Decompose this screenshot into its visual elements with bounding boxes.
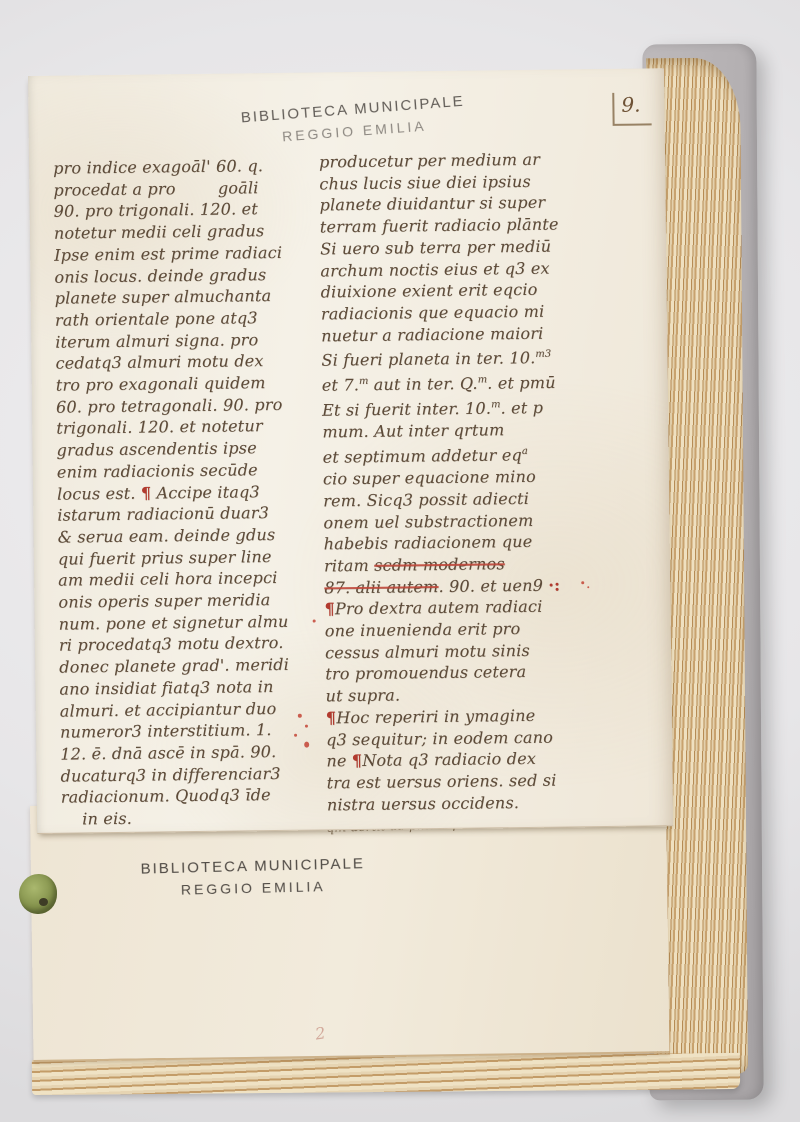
- pencil-mark: 2: [314, 1023, 327, 1043]
- green-wax-stain: [19, 874, 57, 914]
- manuscript-line: Ipse enim est prime radiaci: [54, 241, 318, 266]
- manuscript-line: 60. pro tetragonali. 90. pro: [56, 393, 320, 418]
- ink-splatter-dot: [305, 725, 308, 728]
- ink-splatter-dot: [313, 620, 316, 623]
- library-stamp-top: BIBLIOTECA MUNICIPALE REGGIO EMILIA: [227, 89, 480, 153]
- manuscript-page: BIBLIOTECA MUNICIPALE REGGIO EMILIA 9. p…: [28, 68, 673, 834]
- ink-splatter-dot: [298, 714, 302, 718]
- underlying-folio: qm uertit ad pmū alptū iam BIBLIOTECA MU…: [30, 797, 670, 1062]
- library-stamp-bottom: BIBLIOTECA MUNICIPALE REGGIO EMILIA: [123, 852, 384, 903]
- manuscript-line: Si fueri planeta in ter. 10.m3: [321, 343, 637, 372]
- text-column-left: pro indice exagoāl' 60. q.procedat a pro…: [53, 154, 325, 830]
- ink-splatter-dot: [304, 742, 309, 748]
- ink-splatter-dot: [581, 581, 584, 584]
- stain-speck: [39, 898, 48, 906]
- manuscript-line: donec planete grad'. meridi: [59, 654, 323, 679]
- manuscript-line: in eis.: [61, 806, 325, 831]
- manuscript-line: ano insidiat fiatq3 nota in: [59, 675, 323, 700]
- manuscript-line: nistra uersus occidens.: [327, 790, 643, 816]
- manuscript-line: et septimum addetur eqa: [323, 440, 639, 469]
- manuscript-photo: qm uertit ad pmū alptū iam BIBLIOTECA MU…: [0, 0, 800, 1122]
- manuscript-line: et 7.m aut in ter. Q.m. et pmū: [322, 368, 638, 397]
- text-column-right: producetur per medium archus lucis siue …: [319, 148, 643, 816]
- folio-number: 9.: [612, 92, 651, 125]
- ink-splatter-dot: [294, 734, 297, 737]
- ink-splatter-dot: [587, 586, 589, 588]
- manuscript-line: Et si fuerit inter. 10.m. et p: [322, 393, 638, 422]
- manuscript-line: enim radiacionis secūde: [57, 458, 321, 483]
- manuscript-line: onis locus. deinde gradus: [54, 263, 318, 288]
